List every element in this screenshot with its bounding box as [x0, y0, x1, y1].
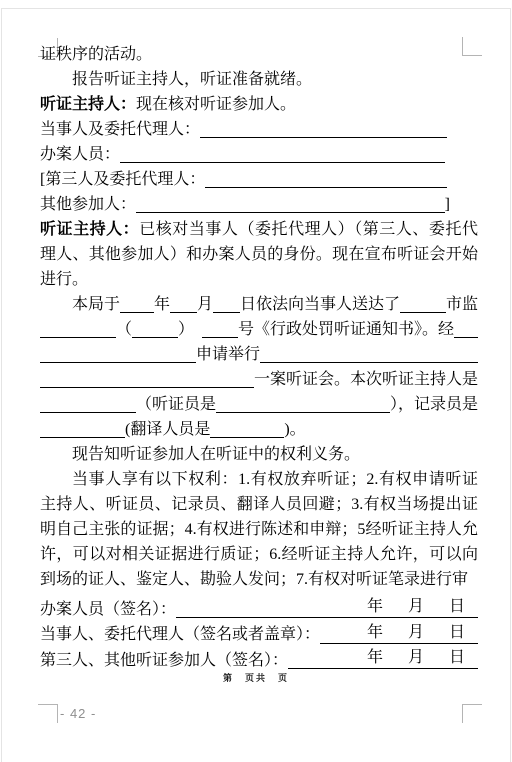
translator-label: (翻译人员是 — [125, 417, 210, 442]
apply-hold-text: 申请举行 — [196, 342, 260, 367]
doc-prefix-text: 市监 — [446, 292, 478, 317]
field-third-party-label: [第三人及委托代理人： — [40, 167, 205, 192]
year-char: 年 — [154, 292, 170, 317]
paren-close: ） — [178, 317, 194, 342]
blank-doc-year[interactable] — [132, 317, 178, 338]
blank-sig-officer[interactable]: 年 月 日 — [176, 597, 478, 618]
blank-doc-city[interactable] — [400, 292, 446, 313]
field-case-officer-row: 办案人员： — [40, 142, 478, 167]
blank-doc-word[interactable] — [40, 317, 116, 338]
para-report-ready: 报告听证主持人，听证准备就绪。 — [40, 67, 478, 92]
sig-month-char: 月 — [408, 623, 424, 643]
notice-line-5: （听证员是 ），记录员是 — [40, 392, 478, 417]
sig-month-char: 月 — [408, 648, 424, 668]
signature-party-label: 当事人、委托代理人（签名或者盖章）： — [40, 622, 320, 647]
blank-case-name-1[interactable] — [260, 342, 478, 363]
field-party-agent-row: 当事人及委托代理人： — [40, 117, 478, 142]
paren-open: （ — [116, 317, 132, 342]
field-party-agent-label: 当事人及委托代理人： — [40, 117, 200, 142]
blank-month[interactable] — [170, 292, 197, 313]
blank-party-agent[interactable] — [200, 117, 447, 138]
signature-third-party-label: 第三人、其他听证参加人（签名）： — [40, 648, 288, 673]
blank-hearing-officer[interactable] — [216, 392, 390, 413]
sig-month-char: 月 — [408, 597, 424, 617]
host-label: 听证主持人： — [40, 96, 136, 113]
notice-line-4: 一案听证会。本次听证主持人是 — [40, 367, 478, 392]
blank-other-participants[interactable] — [136, 192, 445, 213]
signature-block: 办案人员（签名）： 年 月 日 当事人、委托代理人（签名或者盖章）： 年 月 日… — [40, 597, 478, 673]
field-case-officer-label: 办案人员： — [40, 142, 120, 167]
signature-row-third-party: 第三人、其他听证参加人（签名）： 年 月 日 — [40, 648, 478, 673]
blank-year[interactable] — [120, 292, 154, 313]
rights-intro-line: 现告知听证参加人在听证中的权利义务。 — [40, 442, 478, 467]
host-check-line: 听证主持人：现在核对听证参加人。 — [40, 92, 478, 117]
month-char: 月 — [197, 292, 213, 317]
sig-year-char: 年 — [367, 648, 383, 668]
rights-intro-text: 现告知听证参加人在听证中的权利义务。 — [72, 446, 360, 463]
field-third-party-row: [第三人及委托代理人： — [40, 167, 478, 192]
para-report-ready-text: 报告听证主持人，听证准备就绪。 — [72, 71, 312, 88]
blank-host-name[interactable] — [40, 392, 136, 413]
blank-translator[interactable] — [210, 417, 284, 438]
blank-applicant-1[interactable] — [454, 317, 478, 338]
sig-year-char: 年 — [367, 597, 383, 617]
hearing-officer-label: （听证员是 — [136, 392, 216, 417]
margin-mark-bottom-right — [462, 704, 482, 723]
notice-served-text: 日依法向当事人送达了 — [240, 292, 400, 317]
signature-officer-label: 办案人员（签名）： — [40, 597, 176, 622]
field-other-participants-label: 其他参加人： — [40, 192, 136, 217]
footer-page-count: 第 页共 页 — [0, 671, 512, 684]
host-check-text: 现在核对听证参加人。 — [136, 96, 296, 113]
sig-day-char: 日 — [449, 648, 465, 668]
host-verify-paragraph: 听证主持人：已核对当事人（委托代理人）（第三人、委托代理人、其他参加人）和办案人… — [40, 217, 478, 292]
document-body: 证秩序的活动。 报告听证主持人，听证准备就绪。 听证主持人：现在核对听证参加人。… — [40, 42, 478, 673]
signature-row-party: 当事人、委托代理人（签名或者盖章）： 年 月 日 — [40, 622, 478, 647]
sig-day-char: 日 — [449, 623, 465, 643]
signature-row-officer: 办案人员（签名）： 年 月 日 — [40, 597, 478, 622]
blank-sig-third-party[interactable]: 年 月 日 — [288, 648, 478, 669]
field-other-participants-row: 其他参加人： ] — [40, 192, 478, 217]
notice-line-6: (翻译人员是 )。 — [40, 417, 478, 442]
notice-line-2: （ ） 号《行政处罚听证通知书》。经 — [40, 317, 478, 342]
blank-recorder[interactable] — [40, 417, 125, 438]
page-number: - 42 - — [60, 706, 96, 721]
notice-title-text: 号《行政处罚听证通知书》。经 — [238, 317, 454, 342]
recorder-label: ），记录员是 — [390, 392, 478, 417]
notice-line-3: 申请举行 — [40, 342, 478, 367]
margin-mark-bottom-left — [38, 704, 58, 723]
para-continuation: 证秩序的活动。 — [40, 42, 478, 67]
notice-line-1: 本局于 年 月 日依法向当事人送达了 市监 — [40, 292, 478, 317]
host-label-2: 听证主持人： — [40, 221, 139, 238]
blank-case-officer[interactable] — [120, 142, 445, 163]
blank-applicant-2[interactable] — [40, 342, 196, 363]
rights-paragraph: 当事人享有以下权利：1.有权放弃听证；2.有权申请听证主持人、听证员、记录员、翻… — [40, 467, 478, 592]
notice-bureau-text: 本局于 — [72, 292, 120, 317]
blank-third-party[interactable] — [205, 167, 447, 188]
blank-case-name-2[interactable] — [40, 367, 254, 388]
word-page: 证秩序的活动。 报告听证主持人，听证准备就绪。 听证主持人：现在核对听证参加人。… — [0, 0, 512, 762]
blank-sig-party[interactable]: 年 月 日 — [320, 622, 478, 643]
blank-doc-number[interactable] — [202, 317, 238, 338]
translator-close: )。 — [284, 417, 305, 442]
sig-day-char: 日 — [449, 597, 465, 617]
para-continuation-text: 证秩序的活动。 — [40, 46, 152, 63]
sig-year-char: 年 — [367, 623, 383, 643]
blank-day[interactable] — [213, 292, 240, 313]
closing-bracket: ] — [445, 192, 450, 217]
hearing-host-text: 一案听证会。本次听证主持人是 — [254, 367, 478, 392]
